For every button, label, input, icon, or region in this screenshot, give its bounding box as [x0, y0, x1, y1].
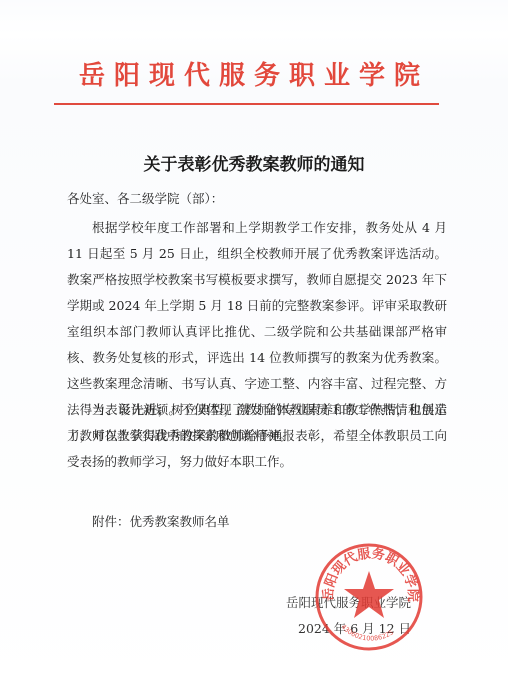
institution-letterhead: 岳阳现代服务职业学院	[0, 55, 508, 92]
official-seal-icon: 岳阳现代服务职业学院 4306021008622​5	[313, 541, 425, 653]
svg-text:4306021008622​5: 4306021008622​5	[339, 623, 394, 643]
attachment-note: 附件：优秀教案教师名单	[92, 512, 230, 530]
document-page: 岳阳现代服务职业学院 关于表彰优秀教案教师的通知 各处室、各二级学院（部）： 根…	[0, 0, 508, 697]
salutation: 各处室、各二级学院（部）：	[67, 189, 223, 207]
document-title: 关于表彰优秀教案教师的通知	[0, 150, 508, 175]
letterhead-divider	[54, 103, 439, 105]
body-paragraph-2: 为表彰先进，树立典型，激发全体教职员工的工作热情和创造力，对以上获得优秀教案的教…	[67, 397, 447, 475]
seal-code: 4306021008622​5	[339, 623, 394, 643]
